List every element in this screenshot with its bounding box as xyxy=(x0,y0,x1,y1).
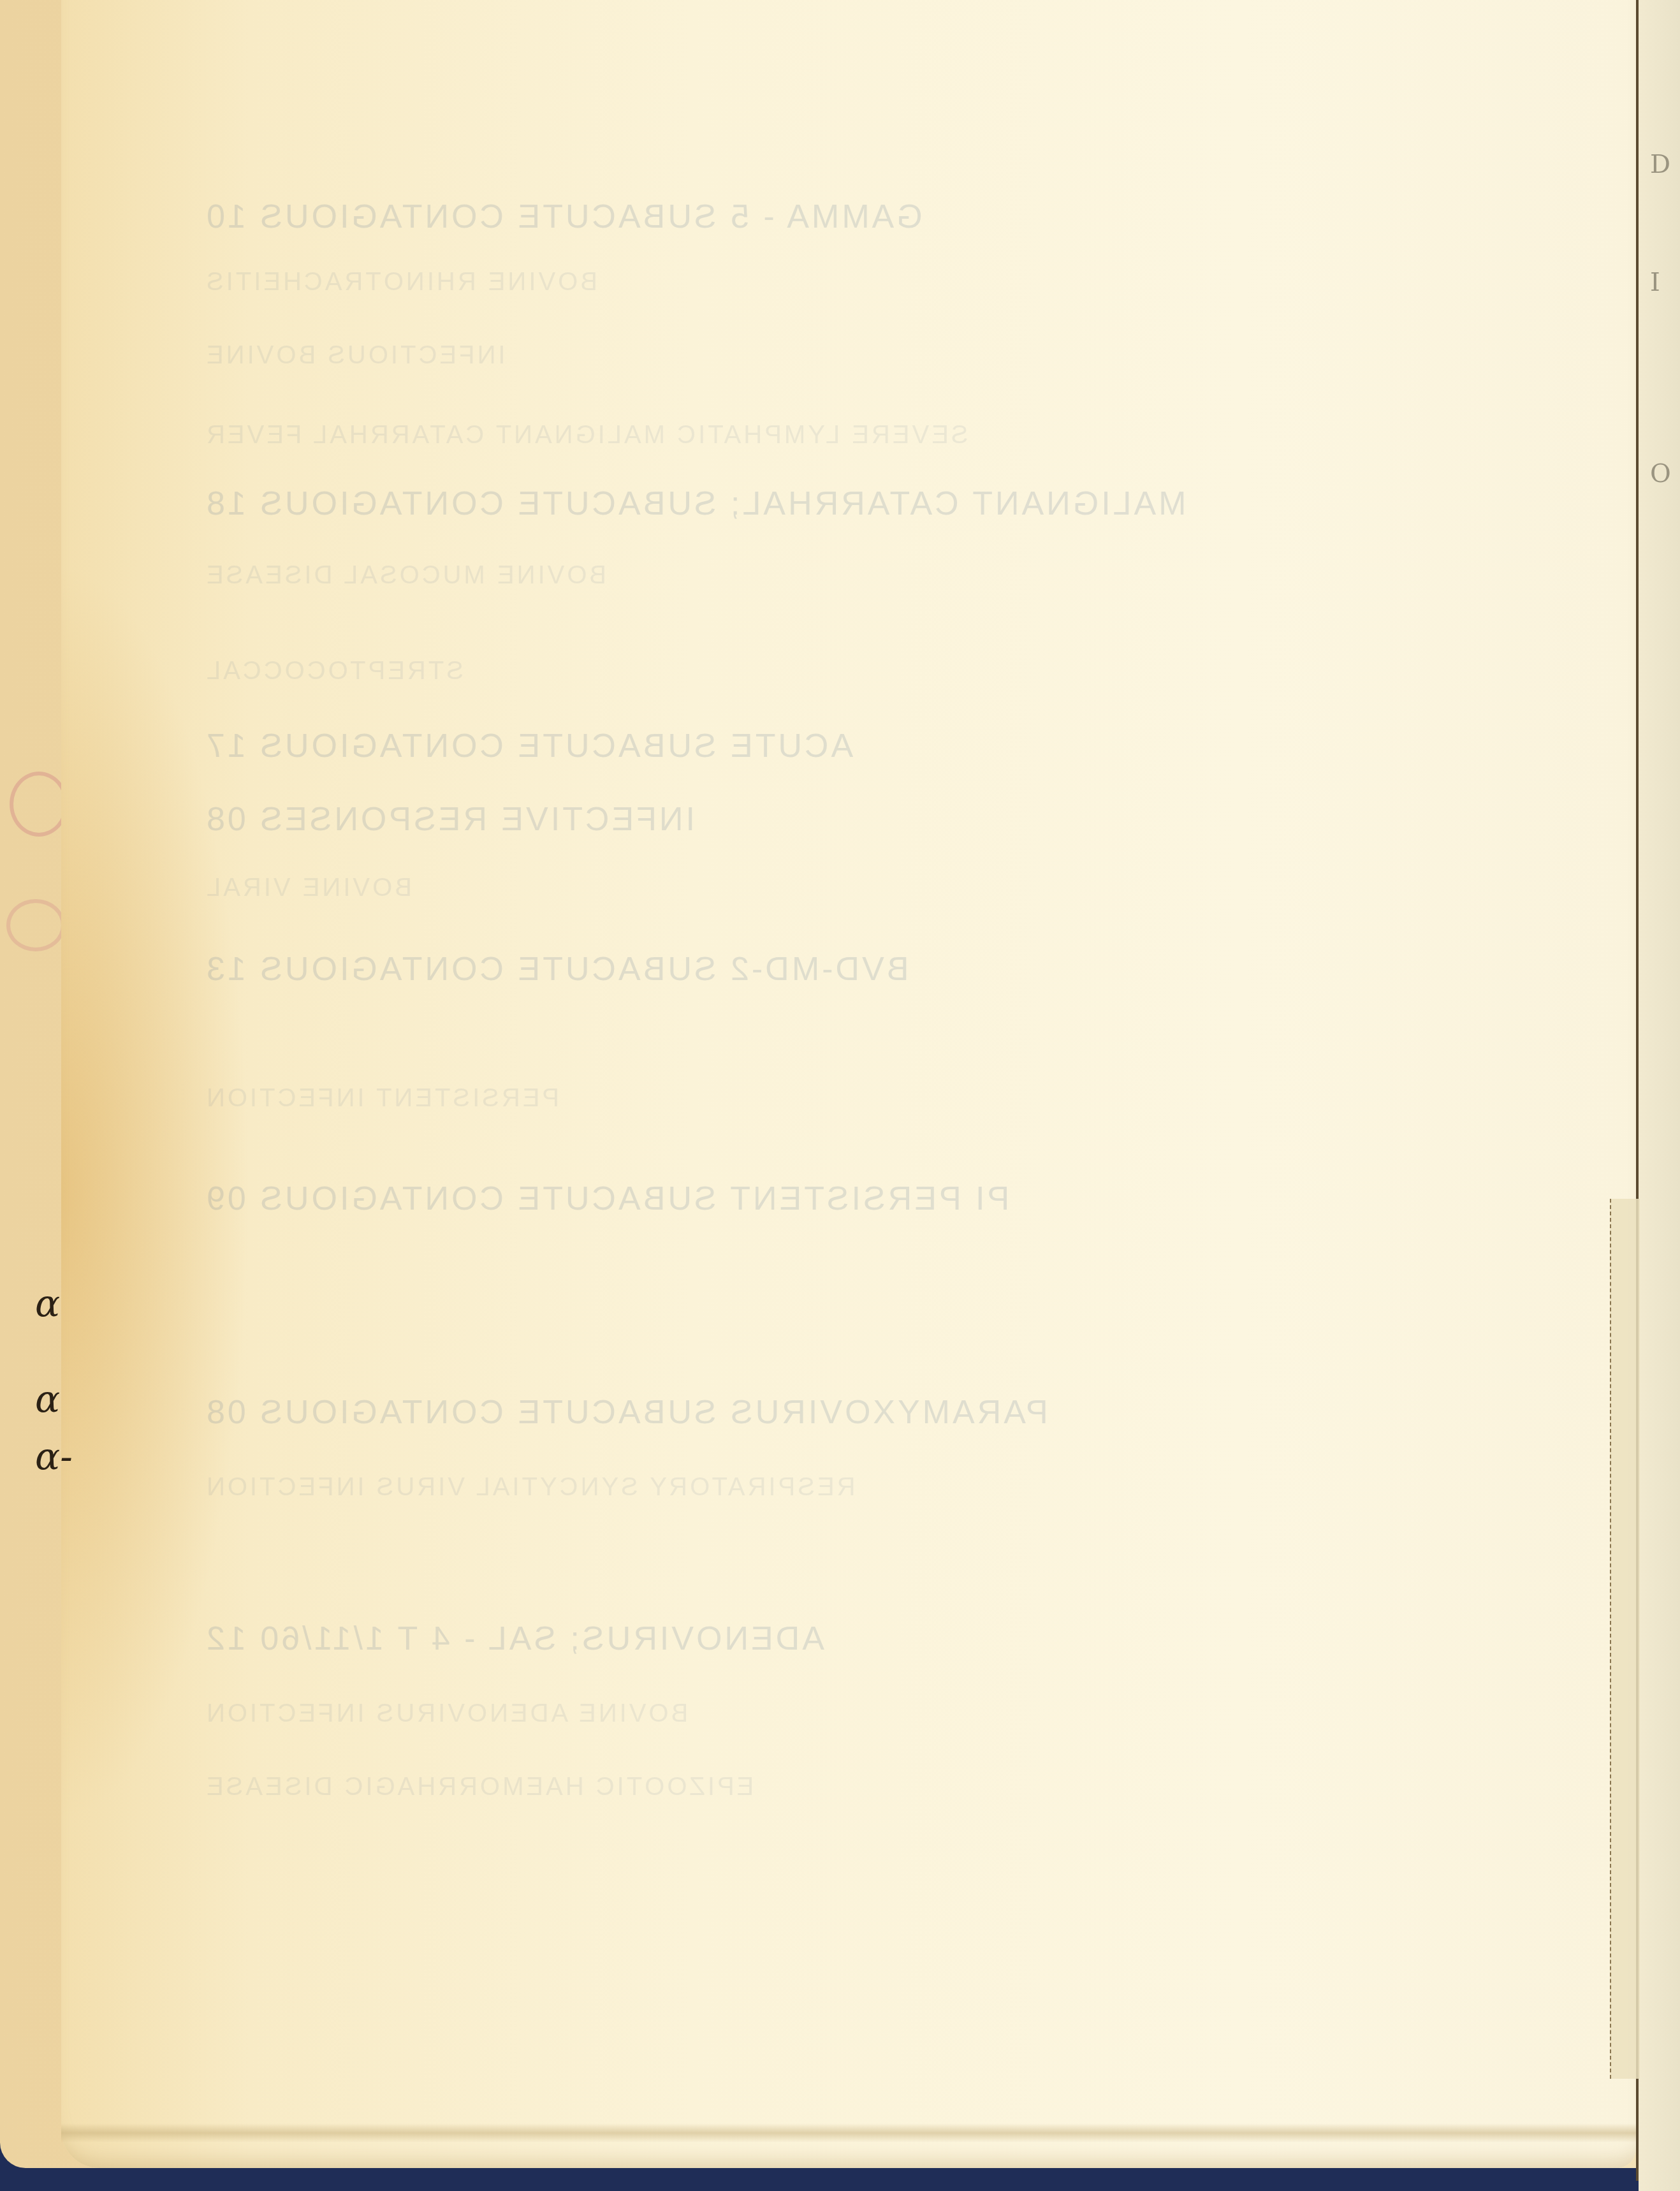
bleed-through-line: ACUTE SUBACUTE CONTAGIOUS 17 xyxy=(204,727,1619,765)
bleed-through-line: INFECTIOUS BOVINE xyxy=(204,341,1619,370)
bleed-through-line: BVD-MD-2 SUBACUTE CONTAGIOUS 13 xyxy=(204,950,1619,988)
page-bottom-water-stain xyxy=(61,2123,1636,2143)
bleed-through-line: EPIZOOTIC HAEMORRHAGIC DISEASE xyxy=(204,1773,1619,1801)
margin-alpha-annotation: α xyxy=(35,1282,60,1325)
bleed-through-line: BOVINE RHINOTRACHEITIS xyxy=(204,268,1619,297)
strip-mark: O xyxy=(1650,459,1671,488)
adjacent-page-strip: D I O xyxy=(1639,0,1680,2191)
bleed-through-line: ADENOVIRUS; SAL - 4 T 1/11/60 12 xyxy=(204,1620,1619,1658)
bleed-through-line: STREPTOCOCCAL xyxy=(204,657,1619,685)
bleed-through-line: BOVINE VIRAL xyxy=(204,874,1619,902)
strip-mark: I xyxy=(1650,268,1660,297)
stamp-stain-top xyxy=(10,772,68,837)
margin-alpha-annotation: α- xyxy=(35,1435,73,1478)
margin-alpha-annotation: α xyxy=(35,1377,60,1421)
scanned-page-background: D I O GAMMA - 5 SUBACUTE CONTAGIOUS 10 B… xyxy=(0,0,1680,2191)
bleed-through-line: MALIGNANT CATARRHAL; SUBACUTE CONTAGIOUS… xyxy=(204,485,1619,523)
bleed-through-line: PI PERSISTENT SUBACUTE CONTAGIOUS 09 xyxy=(204,1180,1619,1218)
bleed-through-line: RESPIRATORY SYNCYTIAL VIRUS INFECTION xyxy=(204,1473,1619,1502)
bleed-through-line: GAMMA - 5 SUBACUTE CONTAGIOUS 10 xyxy=(204,198,1619,236)
bleed-through-line: PARAMYXOVIRUS SUBACUTE CONTAGIOUS 08 xyxy=(204,1393,1619,1432)
bleed-through-line: SEVERE LYMPHATIC MALIGNANT CATARRHAL FEV… xyxy=(204,421,1619,450)
strip-mark: D xyxy=(1650,150,1670,179)
stamp-stain-bottom xyxy=(6,899,65,951)
bleed-through-line: PERSISTENT INFECTION xyxy=(204,1084,1619,1113)
bleed-through-line: BOVINE ADENOVIRUS INFECTION xyxy=(204,1699,1619,1728)
bleed-through-line: BOVINE MUCOSAL DISEASE xyxy=(204,561,1619,590)
bleed-through-line: INFECTIVE RESPONSES 08 xyxy=(204,800,1619,839)
